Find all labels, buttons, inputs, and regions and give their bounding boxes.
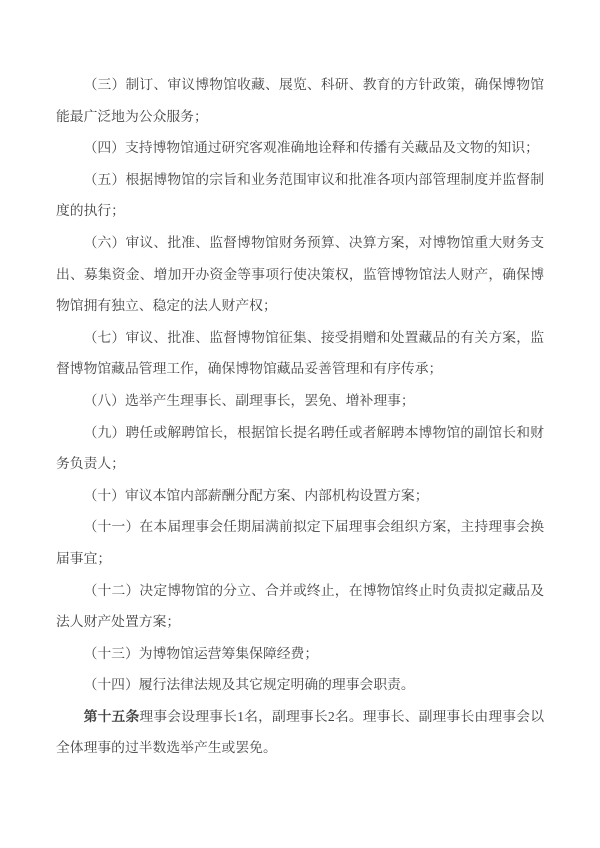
text-line: （十二）决定博物馆的分立、合并或终止，在博物馆终止时负责拟定藏品及 xyxy=(56,575,544,607)
paragraph-item-3: （三）制订、审议博物馆收藏、展览、科研、教育的方针政策，确保博物馆能最广泛地为公… xyxy=(56,69,544,132)
paragraph-item-14: （十四）履行法律法规及其它规定明确的理事会职责。 xyxy=(56,669,544,701)
text-line: 务负责人； xyxy=(56,448,544,480)
text-line: 能最广泛地为公众服务； xyxy=(56,101,544,133)
article-number: 第十五条 xyxy=(84,709,140,724)
text-line: （八）选举产生理事长、副理事长，罢免、增补理事； xyxy=(56,385,544,417)
text-line: 出、募集资金、增加开办资金等事项行使决策权，监管博物馆法人财产，确保博 xyxy=(56,259,544,291)
text-line: 第十五条理事会设理事长1名，副理事长2名。理事长、副理事长由理事会以 xyxy=(56,701,544,733)
text-line: 全体理事的过半数选举产生或罢免。 xyxy=(56,732,544,764)
text-line: （六）审议、批准、监督博物馆财务预算、决算方案，对博物馆重大财务支 xyxy=(56,227,544,259)
paragraph-item-5: （五）根据博物馆的宗旨和业务范围审议和批准各项内部管理制度并监督制度的执行； xyxy=(56,164,544,227)
text-line: （九）聘任或解聘馆长，根据馆长提名聘任或者解聘本博物馆的副馆长和财 xyxy=(56,417,544,449)
document-page: （三）制订、审议博物馆收藏、展览、科研、教育的方针政策，确保博物馆能最广泛地为公… xyxy=(0,0,600,848)
text-line: （十）审议本馆内部薪酬分配方案、内部机构设置方案； xyxy=(56,480,544,512)
document-body: （三）制订、审议博物馆收藏、展览、科研、教育的方针政策，确保博物馆能最广泛地为公… xyxy=(56,69,544,764)
text-line: （五）根据博物馆的宗旨和业务范围审议和批准各项内部管理制度并监督制 xyxy=(56,164,544,196)
paragraph-item-6: （六）审议、批准、监督博物馆财务预算、决算方案，对博物馆重大财务支出、募集资金、… xyxy=(56,227,544,322)
paragraph-item-7: （七）审议、批准、监督博物馆征集、接受捐赠和处置藏品的有关方案，监督博物馆藏品管… xyxy=(56,322,544,385)
text-line: 督博物馆藏品管理工作，确保博物馆藏品妥善管理和有序传承； xyxy=(56,353,544,385)
paragraph-item-12: （十二）决定博物馆的分立、合并或终止，在博物馆终止时负责拟定藏品及法人财产处置方… xyxy=(56,575,544,638)
paragraph-item-10: （十）审议本馆内部薪酬分配方案、内部机构设置方案； xyxy=(56,480,544,512)
text-line: （三）制订、审议博物馆收藏、展览、科研、教育的方针政策，确保博物馆 xyxy=(56,69,544,101)
text-line: 度的执行； xyxy=(56,195,544,227)
text-line: （十四）履行法律法规及其它规定明确的理事会职责。 xyxy=(56,669,544,701)
text-line: 物馆拥有独立、稳定的法人财产权； xyxy=(56,290,544,322)
text-line: （十三）为博物馆运营筹集保障经费； xyxy=(56,638,544,670)
paragraph-item-9: （九）聘任或解聘馆长，根据馆长提名聘任或者解聘本博物馆的副馆长和财务负责人； xyxy=(56,417,544,480)
paragraph-article-15: 第十五条理事会设理事长1名，副理事长2名。理事长、副理事长由理事会以全体理事的过… xyxy=(56,701,544,764)
text-line: （七）审议、批准、监督博物馆征集、接受捐赠和处置藏品的有关方案，监 xyxy=(56,322,544,354)
text-line: （四）支持博物馆通过研究客观准确地诠释和传播有关藏品及文物的知识； xyxy=(56,132,544,164)
paragraph-item-11: （十一）在本届理事会任期届满前拟定下届理事会组织方案，主持理事会换届事宜； xyxy=(56,511,544,574)
text-line: 届事宜； xyxy=(56,543,544,575)
text-line: 法人财产处置方案； xyxy=(56,606,544,638)
paragraph-item-8: （八）选举产生理事长、副理事长，罢免、增补理事； xyxy=(56,385,544,417)
paragraph-item-4: （四）支持博物馆通过研究客观准确地诠释和传播有关藏品及文物的知识； xyxy=(56,132,544,164)
text-line: （十一）在本届理事会任期届满前拟定下届理事会组织方案，主持理事会换 xyxy=(56,511,544,543)
paragraph-item-13: （十三）为博物馆运营筹集保障经费； xyxy=(56,638,544,670)
